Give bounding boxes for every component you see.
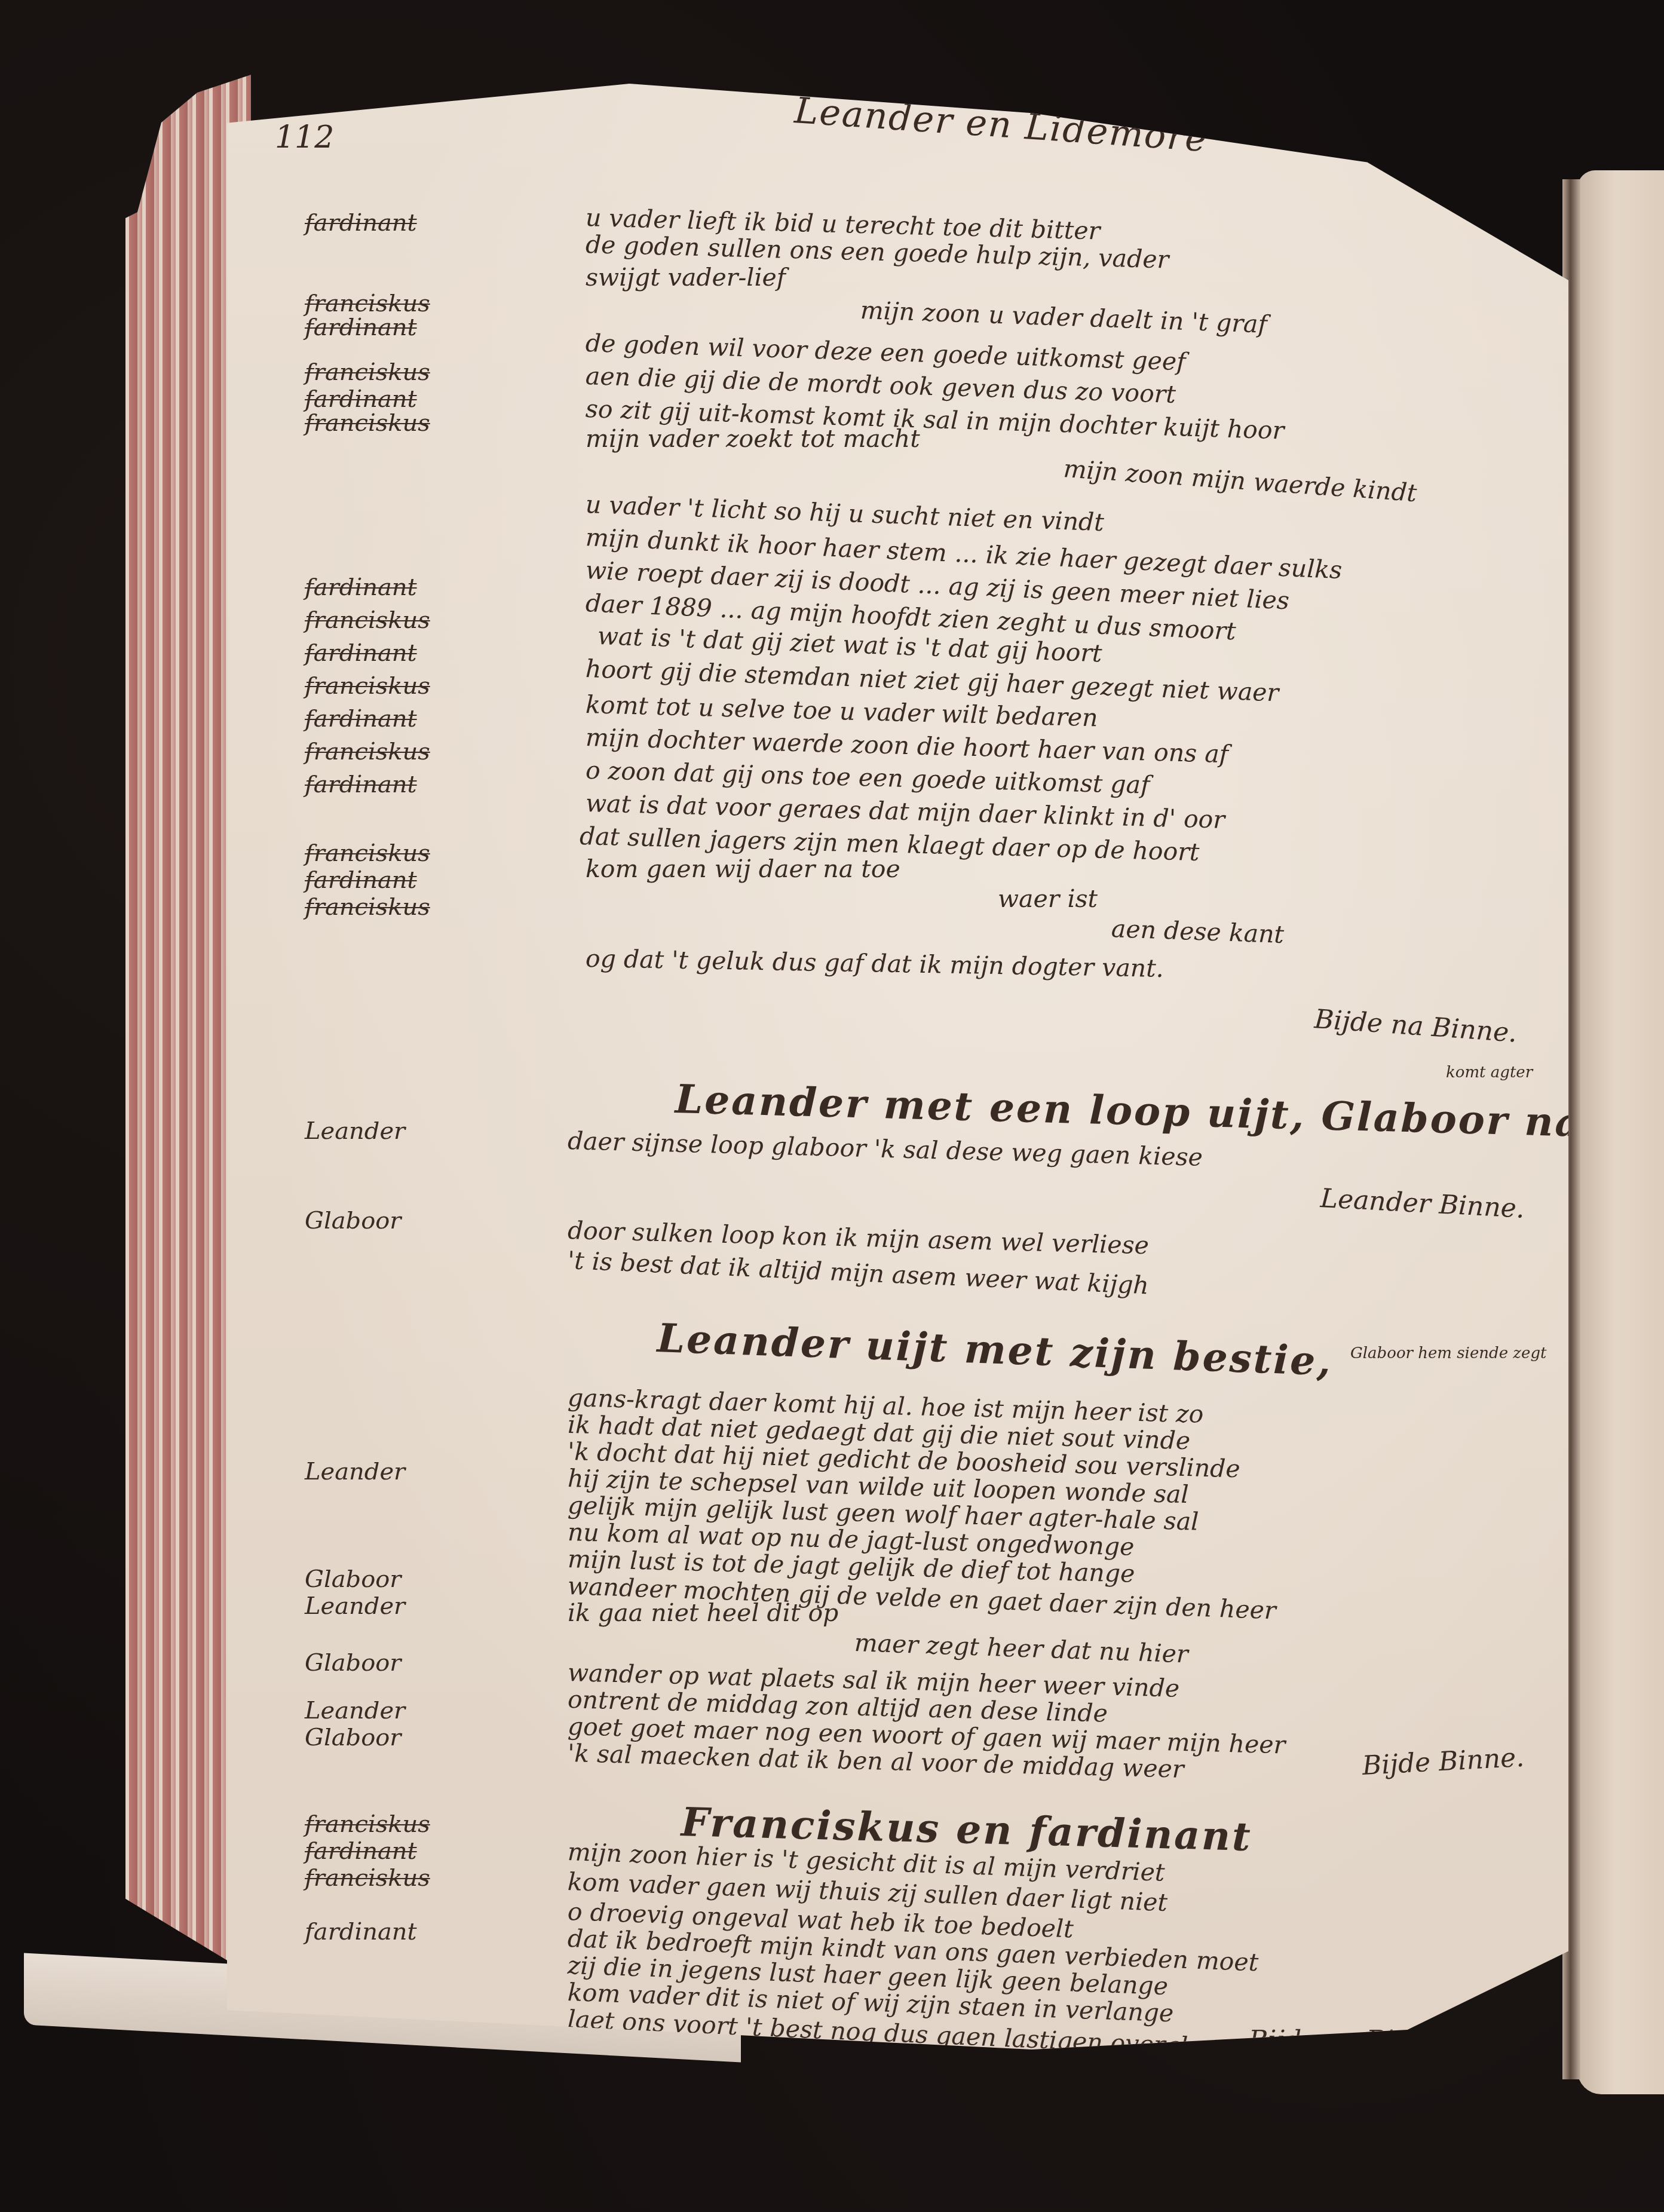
speaker-label: franciskus [305, 606, 430, 634]
speaker-label: Leander [305, 1458, 405, 1485]
speaker-label: fardinant [305, 209, 417, 237]
manuscript-page: 112 Leander en Lidemore fardinant franci… [227, 84, 1568, 2049]
speaker-label: franciskus [305, 409, 430, 437]
stage-direction-exit: Bijde Binne. [1362, 1742, 1525, 1781]
verse-line: mijn zoon mijn waerde kindt [1062, 454, 1418, 507]
scene-heading: Leander uijt met zijn bestie, [657, 1315, 1334, 1384]
speaker-label: fardinant [305, 1837, 417, 1865]
speaker-label: franciskus [305, 359, 430, 386]
verse-line: og dat 't geluk dus gaf dat ik mijn dogt… [586, 944, 1165, 983]
speaker-label: fardinant [305, 574, 417, 601]
page-number: 112 [275, 120, 334, 155]
speaker-label: franciskus [305, 1864, 430, 1892]
stage-direction-exit: Leander Binne. [1320, 1183, 1525, 1224]
speaker-label: Glaboor [305, 1207, 401, 1234]
verse-line: mijn vader zoekt tot macht [586, 424, 920, 453]
speaker-label: franciskus [305, 738, 430, 765]
speaker-label: franciskus [305, 672, 430, 700]
speaker-label: Leander [305, 1592, 405, 1620]
speaker-label: Leander [305, 1117, 405, 1145]
verse-line: waer ist [998, 884, 1098, 913]
speaker-label: franciskus [305, 893, 430, 921]
speaker-label: Glaboor [305, 1649, 401, 1677]
heading-note: komt agter [1446, 1064, 1533, 1082]
speaker-label: Glaboor [305, 1724, 401, 1751]
speaker-label: franciskus [305, 840, 430, 867]
speaker-label: fardinant [305, 705, 417, 733]
verse-line: swijgt vader-lief [586, 263, 786, 292]
facing-page [1577, 170, 1664, 2094]
verse-line: kom gaen wij daer na toe [586, 854, 900, 883]
speaker-label: Glaboor [305, 1565, 401, 1593]
speaker-label: fardinant [305, 771, 417, 798]
speaker-label: fardinant [305, 314, 417, 341]
speaker-label: franciskus [305, 1810, 430, 1838]
speaker-label: fardinant [305, 1918, 417, 1946]
verse-line: maer zegt heer dat nu hier [854, 1628, 1188, 1668]
verse-line: ik gaa niet heel dit op [568, 1598, 838, 1627]
verse-line: mijn zoon u vader daelt in 't graf [860, 296, 1267, 339]
speaker-label: Leander [305, 1697, 405, 1724]
stage-direction-exit: Bijde na Binne. [1313, 1004, 1518, 1049]
verse-line: aen dese kant [1111, 914, 1285, 949]
heading-note: Glaboor hem siende zegt [1350, 1344, 1547, 1362]
speaker-label: fardinant [305, 639, 417, 667]
speaker-label: fardinant [305, 866, 417, 894]
